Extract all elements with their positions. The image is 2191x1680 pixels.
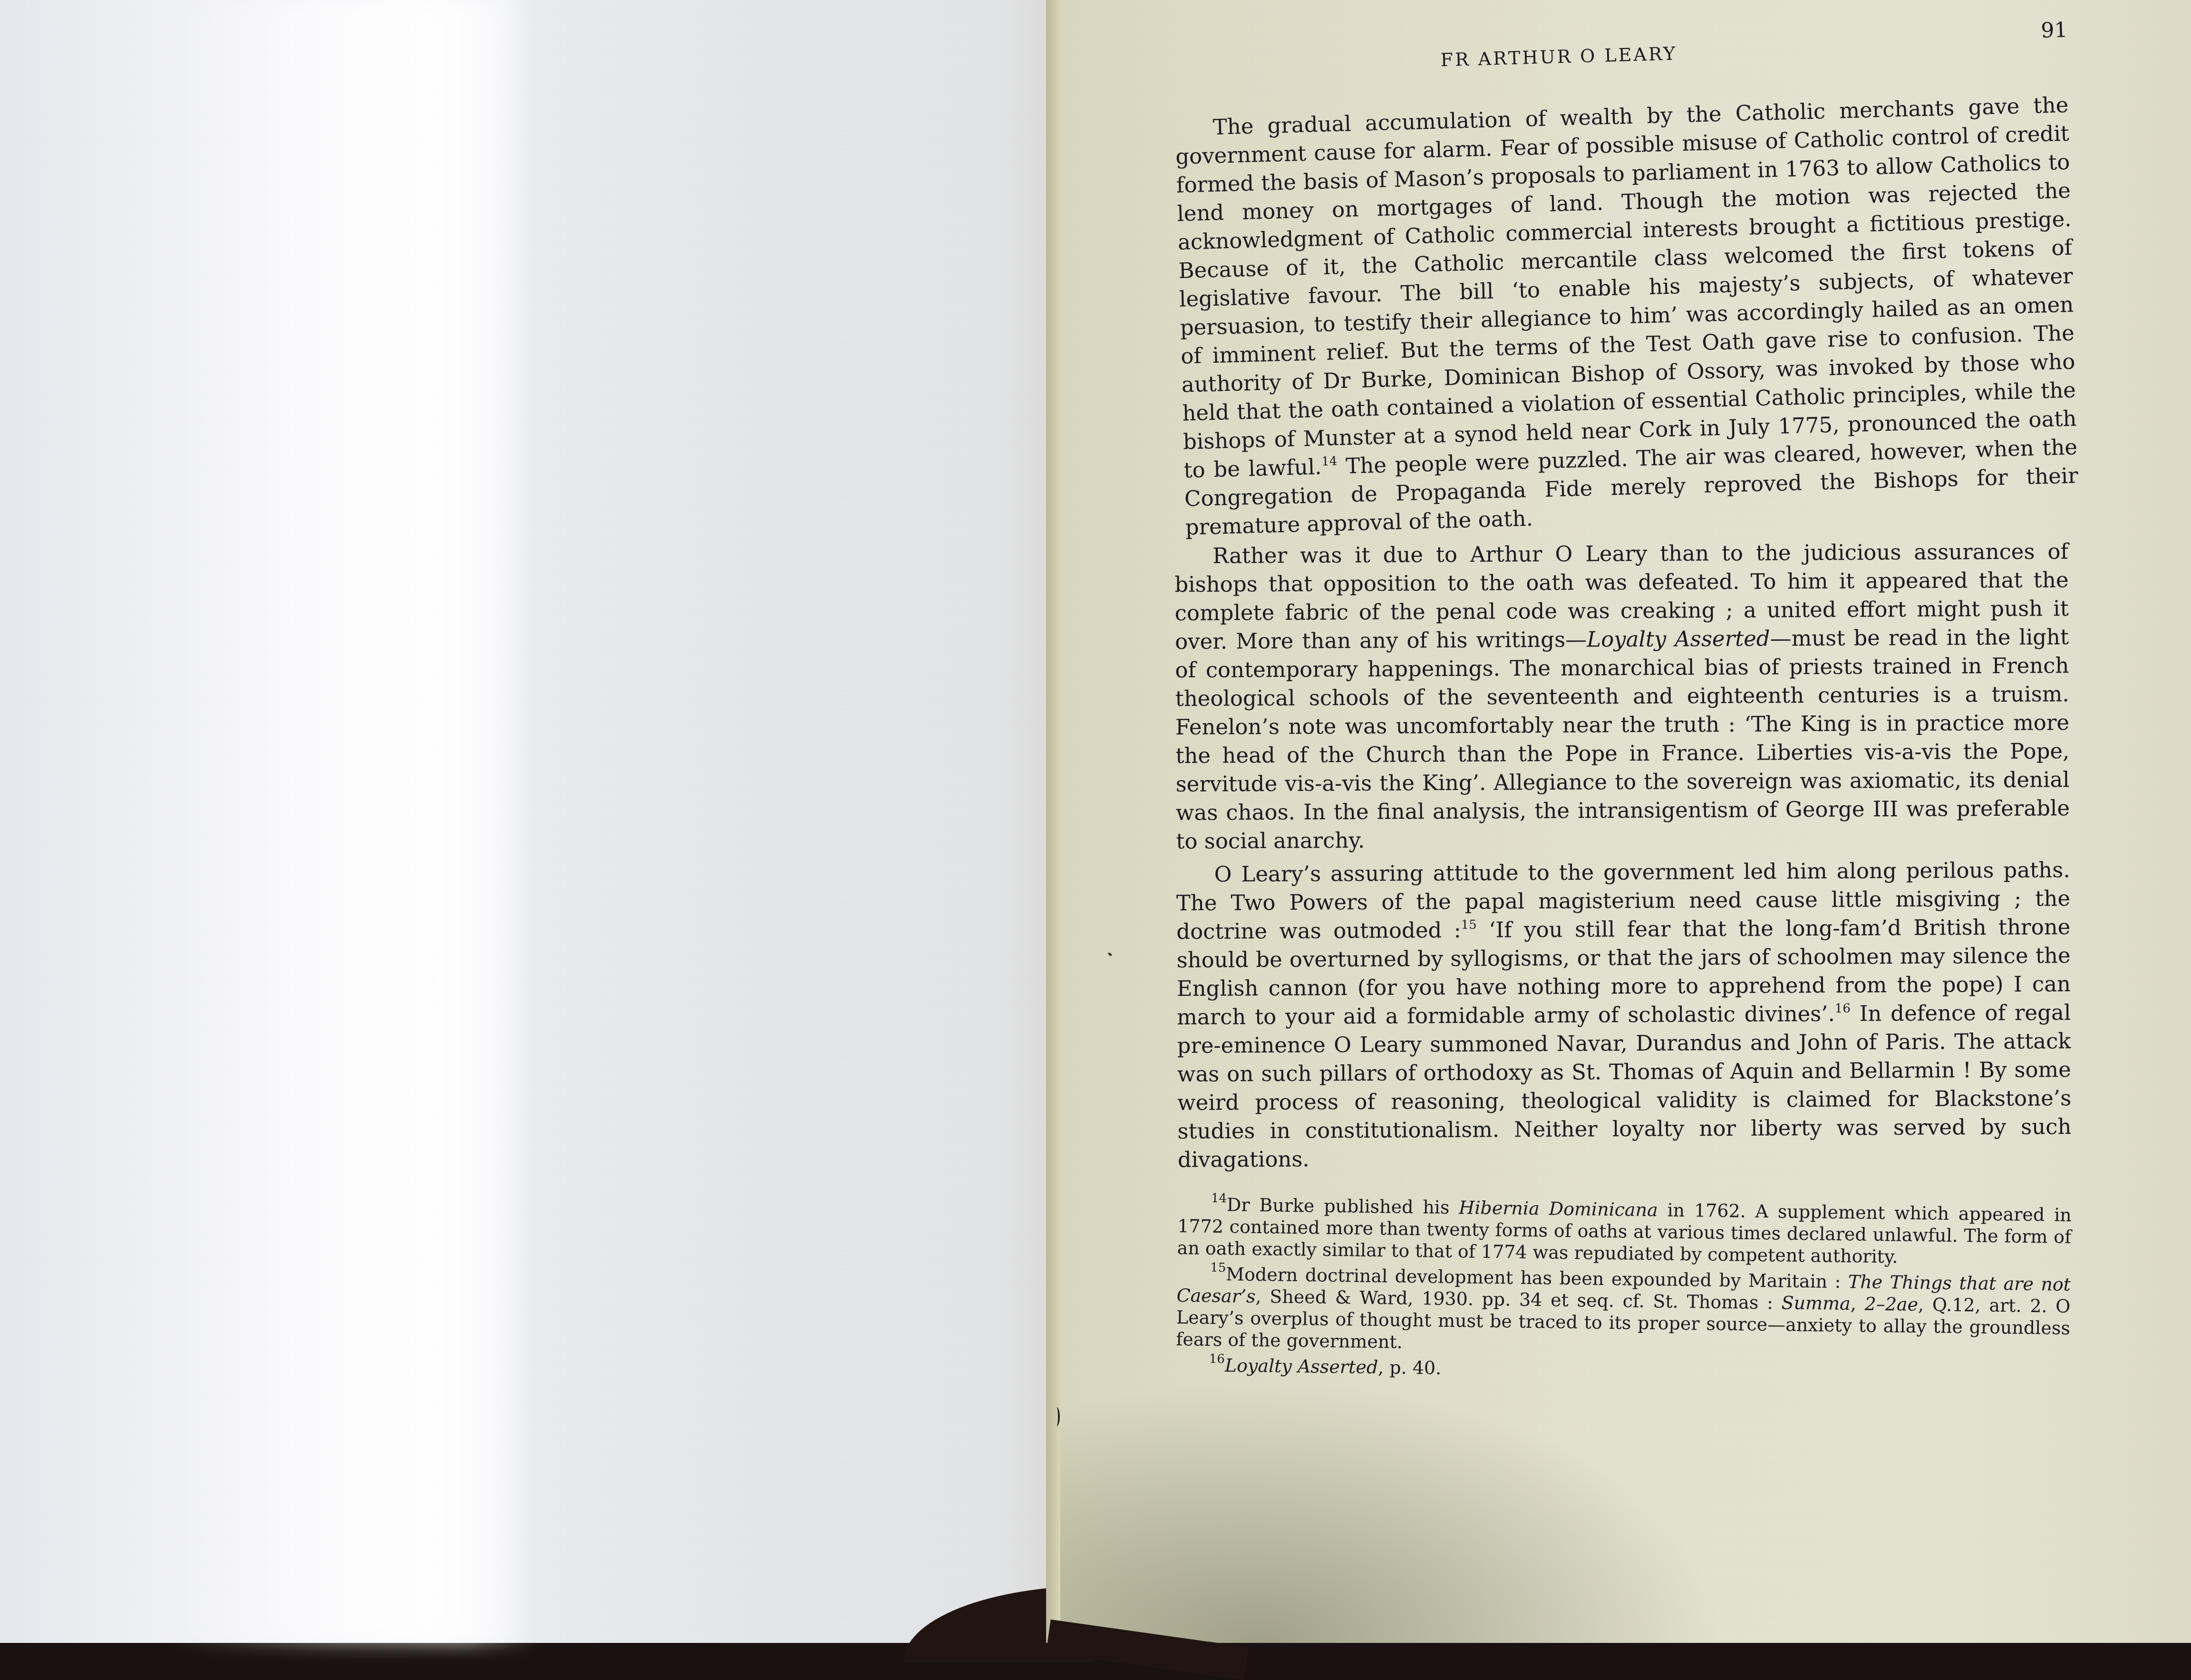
footnote-text: ,: [1851, 1293, 1865, 1314]
paragraph-2: Rather was it due to Arthur O Leary than…: [1174, 537, 2070, 856]
footnote-ref-15[interactable]: 15: [1461, 918, 1477, 932]
page-text-block: FR ARTHUR O LEARY 91 The gradual accumul…: [1174, 43, 2068, 1376]
page-shadow: [1060, 1379, 1726, 1643]
footnote-14: 14Dr Burke published his Hibernia Domini…: [1177, 1193, 2072, 1270]
footnote-15: 15Modern doctrinal development has been …: [1176, 1263, 2071, 1361]
footnote-text: Dr Burke published his: [1227, 1194, 1459, 1218]
footnote-italic-title: Loyalty Asserted: [1225, 1355, 1378, 1378]
footnote-text: , p. 40.: [1378, 1357, 1442, 1379]
footnote-ref-16[interactable]: 16: [1835, 1002, 1851, 1016]
book-title-loyalty-asserted: Loyalty Asserted: [1587, 626, 1770, 652]
page-number: 91: [2041, 18, 2068, 43]
footnote-italic-ref: 2–2ae: [1864, 1294, 1918, 1315]
binding-thread-mark: [1053, 1407, 1060, 1426]
footnote-number: 15: [1210, 1261, 1226, 1275]
glare-highlight: [166, 0, 537, 1643]
footnote-number: 16: [1209, 1352, 1225, 1366]
paragraph-2-text-cont: —must be read in the light of contempora…: [1175, 624, 2070, 854]
footnote-ref-14[interactable]: 14: [1321, 454, 1338, 469]
open-book-spread: FR ARTHUR O LEARY 91 The gradual accumul…: [0, 0, 2191, 1643]
footnote-italic-title: Hibernia Dominicana: [1459, 1197, 1658, 1220]
footnotes: 14Dr Burke published his Hibernia Domini…: [1175, 1193, 2072, 1387]
footnote-number: 14: [1211, 1191, 1227, 1206]
left-blank-page: [0, 0, 1053, 1643]
paragraph-1: The gradual accumulation of wealth by th…: [1174, 91, 2079, 542]
paragraph-3: O Leary’s assuring attitude to the gover…: [1176, 856, 2072, 1174]
body-lower: Rather was it due to Arthur O Leary than…: [1174, 537, 2073, 1376]
running-head-title: FR ARTHUR O LEARY: [1440, 43, 1677, 70]
footnote-italic-title: Summa: [1781, 1293, 1851, 1314]
body-upper: The gradual accumulation of wealth by th…: [1174, 91, 2079, 542]
paragraph-1-text: The gradual accumulation of wealth by th…: [1175, 92, 2077, 483]
